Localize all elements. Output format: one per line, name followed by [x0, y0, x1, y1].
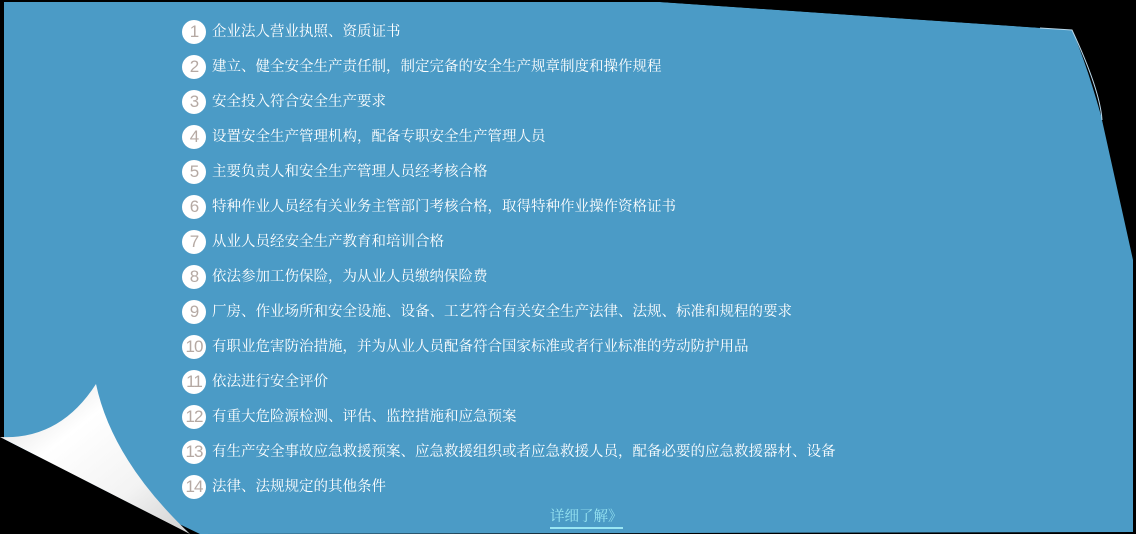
list-item: 8 依法参加工伤保险，为从业人员缴纳保险费: [182, 259, 836, 294]
requirement-text: 依法进行安全评价: [212, 370, 328, 394]
requirements-list: 1 企业法人营业执照、资质证书 2 建立、健全安全生产责任制，制定完备的安全生产…: [182, 14, 836, 504]
number-badge: 4: [182, 125, 206, 149]
number-badge: 9: [182, 300, 206, 324]
requirement-text: 有重大危险源检测、评估、监控措施和应急预案: [212, 405, 517, 429]
requirement-text: 依法参加工伤保险，为从业人员缴纳保险费: [212, 265, 488, 289]
list-item: 10 有职业危害防治措施，并为从业人员配备符合国家标准或者行业标准的劳动防护用品: [182, 329, 836, 364]
requirement-text: 主要负责人和安全生产管理人员经考核合格: [212, 160, 488, 184]
list-item: 13 有生产安全事故应急救援预案、应急救援组织或者应急救援人员，配备必要的应急救…: [182, 434, 836, 469]
number-badge: 13: [182, 440, 206, 464]
list-item: 2 建立、健全安全生产责任制，制定完备的安全生产规章制度和操作规程: [182, 49, 836, 84]
requirement-text: 安全投入符合安全生产要求: [212, 90, 386, 114]
number-badge: 12: [182, 405, 206, 429]
list-item: 14 法律、法规规定的其他条件: [182, 469, 836, 504]
requirement-text: 有生产安全事故应急救援预案、应急救援组织或者应急救援人员，配备必要的应急救援器材…: [212, 440, 836, 464]
requirement-text: 企业法人营业执照、资质证书: [212, 20, 401, 44]
list-item: 3 安全投入符合安全生产要求: [182, 84, 836, 119]
number-badge: 1: [182, 20, 206, 44]
list-item: 9 厂房、作业场所和安全设施、设备、工艺符合有关安全生产法律、法规、标准和规程的…: [182, 294, 836, 329]
number-badge: 6: [182, 195, 206, 219]
requirement-text: 有职业危害防治措施，并为从业人员配备符合国家标准或者行业标准的劳动防护用品: [212, 335, 749, 359]
requirement-text: 厂房、作业场所和安全设施、设备、工艺符合有关安全生产法律、法规、标准和规程的要求: [212, 300, 792, 324]
number-badge: 2: [182, 55, 206, 79]
number-badge: 10: [182, 335, 206, 359]
number-badge: 5: [182, 160, 206, 184]
list-item: 5 主要负责人和安全生产管理人员经考核合格: [182, 154, 836, 189]
requirement-text: 从业人员经安全生产教育和培训合格: [212, 230, 444, 254]
number-badge: 3: [182, 90, 206, 114]
number-badge: 11: [182, 370, 206, 394]
number-badge: 8: [182, 265, 206, 289]
requirement-text: 法律、法规规定的其他条件: [212, 475, 386, 499]
list-item: 1 企业法人营业执照、资质证书: [182, 14, 836, 49]
list-item: 4 设置安全生产管理机构，配备专职安全生产管理人员: [182, 119, 836, 154]
number-badge: 7: [182, 230, 206, 254]
requirement-text: 特种作业人员经有关业务主管部门考核合格，取得特种作业操作资格证书: [212, 195, 676, 219]
list-item: 11 依法进行安全评价: [182, 364, 836, 399]
list-item: 6 特种作业人员经有关业务主管部门考核合格，取得特种作业操作资格证书: [182, 189, 836, 224]
requirement-text: 设置安全生产管理机构，配备专职安全生产管理人员: [212, 125, 546, 149]
learn-more-link[interactable]: 详细了解》: [550, 507, 623, 529]
requirement-text: 建立、健全安全生产责任制，制定完备的安全生产规章制度和操作规程: [212, 55, 662, 79]
list-item: 7 从业人员经安全生产教育和培训合格: [182, 224, 836, 259]
number-badge: 14: [182, 475, 206, 499]
list-item: 12 有重大危险源检测、评估、监控措施和应急预案: [182, 399, 836, 434]
